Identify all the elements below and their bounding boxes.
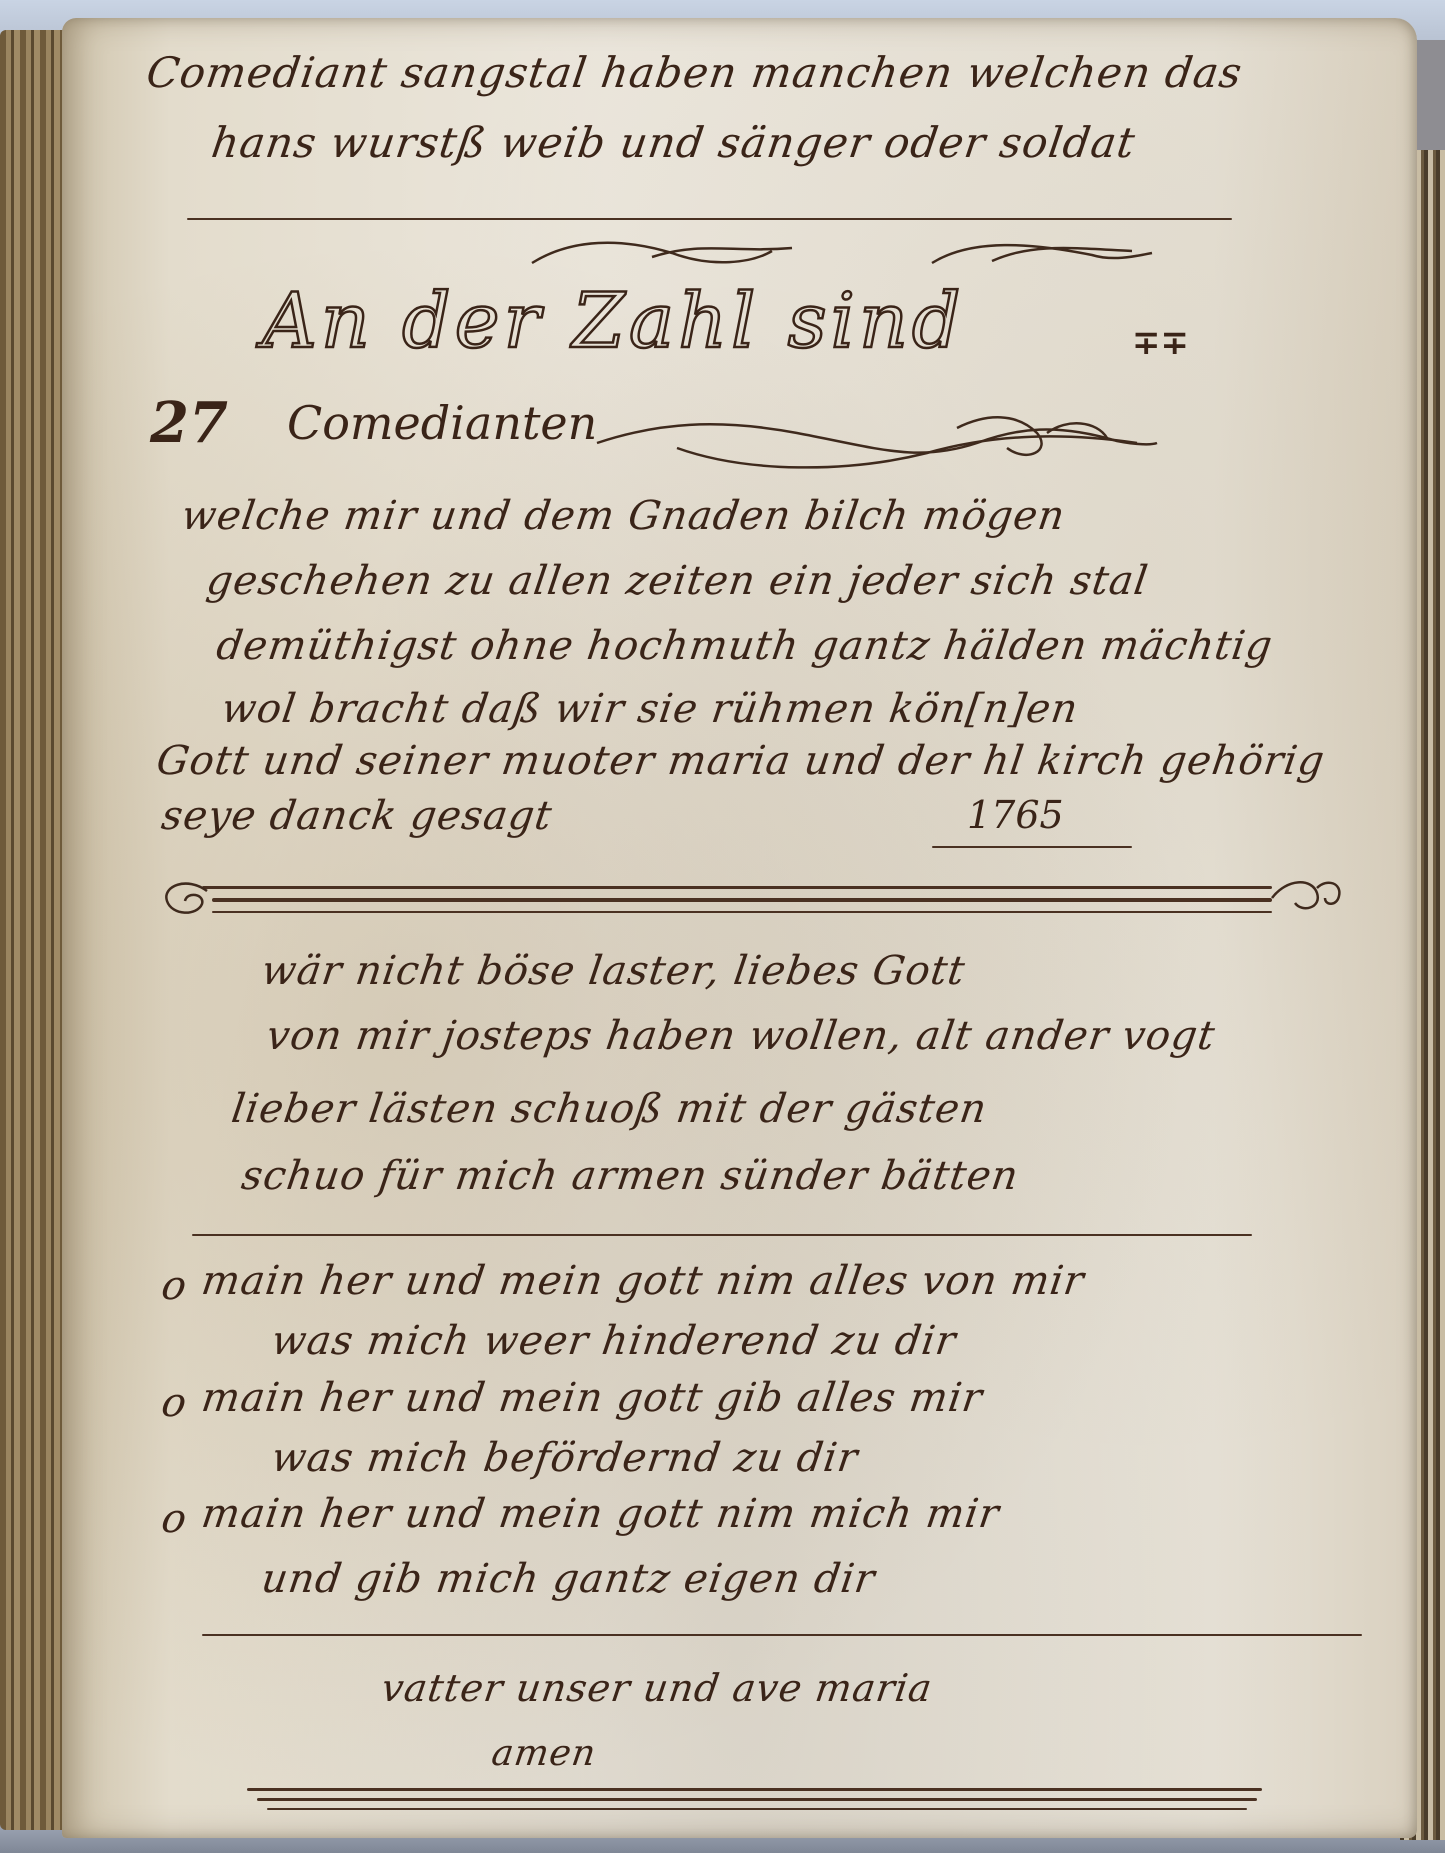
comedian-count: 27 — [150, 390, 228, 456]
ornamental-rule-1b — [212, 898, 1272, 902]
title-mark: ∓∓ — [1132, 323, 1189, 363]
paragraph-1-line-1: welche mir und dem Gnaden bilch mögen — [179, 493, 1068, 539]
verse-line-1: wär nicht böse laster, liebes Gott — [259, 948, 969, 994]
page-title: An der Zahl sind — [262, 276, 965, 365]
ornamental-rule-bottom-b — [257, 1798, 1257, 1801]
prayer-3-continuation: und gib mich gantz eigen dir — [259, 1556, 878, 1602]
paragraph-1-line-6: seye danck gesagt — [159, 793, 556, 839]
verse-line-4: schuo für mich armen sünder bätten — [239, 1153, 1022, 1199]
ornamental-rule-1a — [202, 886, 1272, 889]
paragraph-1-line-3: demüthigst ohne hochmuth gantz hälden mä… — [214, 623, 1276, 669]
header-line-2: hans wurstß weib und sänger oder soldat — [209, 118, 1139, 167]
subheading-flourish — [597, 403, 1157, 483]
title-subheading: Comedianten — [287, 396, 597, 450]
ornamental-rule-1c — [212, 911, 1272, 913]
prayer-3-line: main her und mein gott nim mich mir — [199, 1491, 1003, 1537]
prayer-1-marker: o — [159, 1263, 191, 1309]
ornamental-rule-bottom-c — [267, 1808, 1247, 1810]
divider-rule-2 — [192, 1234, 1252, 1236]
date-1765: 1765 — [967, 793, 1064, 837]
header-line-1: Comediant sangstal haben manchen welchen… — [144, 48, 1246, 97]
closing-amen: amen — [489, 1733, 599, 1774]
divider-rule-3 — [202, 1634, 1362, 1636]
prayer-1-continuation: was mich weer hinderend zu dir — [269, 1318, 959, 1364]
prayer-3-marker: o — [159, 1496, 191, 1542]
paragraph-1-line-5: Gott und seiner muoter maria und der hl … — [154, 738, 1328, 784]
prayer-2-marker: o — [159, 1380, 191, 1426]
closing-line: vatter unser und ave maria — [379, 1666, 935, 1710]
paragraph-1-line-4: wol bracht daß wir sie rühmen kön[n]en — [219, 686, 1081, 732]
manuscript-page: Comediant sangstal haben manchen welchen… — [62, 18, 1417, 1838]
verse-line-2: von mir josteps haben wollen, alt ander … — [264, 1013, 1218, 1059]
date-underline — [932, 846, 1132, 848]
prayer-2-continuation: was mich befördernd zu dir — [269, 1435, 861, 1481]
prayer-2-line: main her und mein gott gib alles mir — [199, 1375, 986, 1421]
divider-rule-1 — [187, 218, 1232, 220]
prayer-1-line: main her und mein gott nim alles von mir — [199, 1258, 1088, 1304]
paragraph-1-line-2: geschehen zu allen zeiten ein jeder sich… — [204, 558, 1151, 604]
verse-line-3: lieber lästen schuoß mit der gästen — [229, 1086, 990, 1132]
rule-scroll-right-icon — [1267, 868, 1347, 918]
rule-scroll-left-icon — [157, 876, 217, 926]
ornamental-rule-bottom-a — [247, 1788, 1262, 1791]
